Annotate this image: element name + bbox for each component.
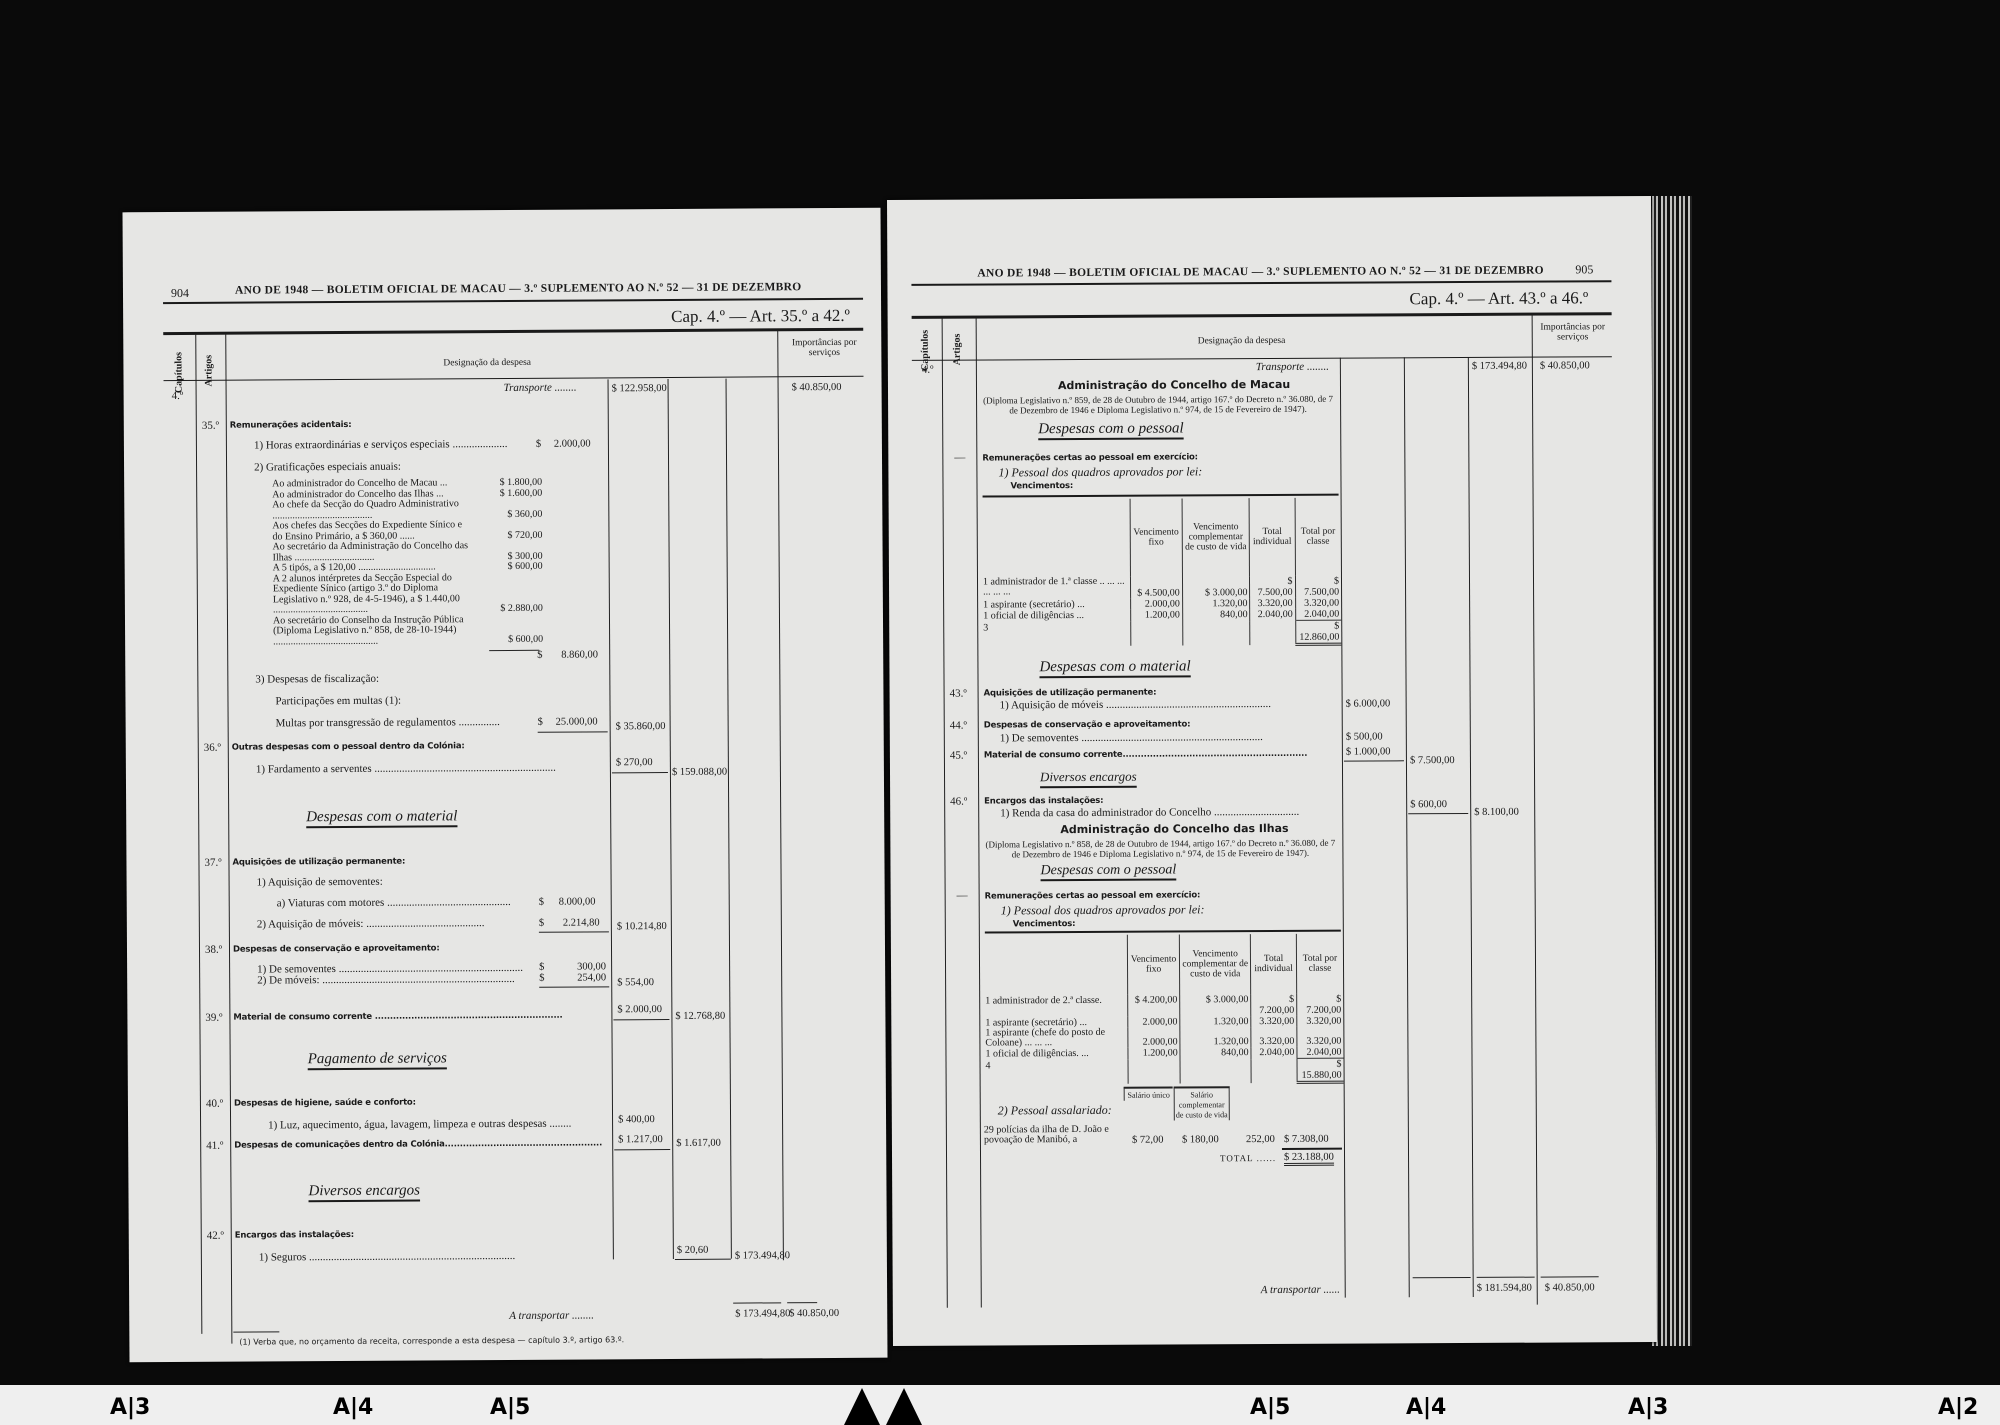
- frame-marker: A|5: [490, 1395, 530, 1420]
- header-artigos: Artigos: [203, 355, 214, 387]
- art-40-value: $ 400,00: [618, 1114, 655, 1125]
- art-41-value: $ 1.217,00: [618, 1134, 663, 1145]
- page-edge: [1652, 196, 1692, 1346]
- macau-material-heading: Despesas com o material: [1039, 658, 1190, 676]
- art-35-item3-title: 3) Despesas de fiscalização:: [255, 673, 379, 686]
- art-35-number: 35.º: [202, 420, 219, 432]
- header-importancias: Importâncias por serviços: [783, 338, 865, 359]
- ilhas-subtitle: (Diploma Legislativo n.º 858, de 28 de O…: [982, 838, 1338, 860]
- running-head: ANO DE 1948 — BOLETIM OFICIAL DE MACAU —…: [977, 265, 1544, 280]
- frame-marker: A|4: [333, 1395, 373, 1420]
- macau-total-all: $ 8.100,00: [1474, 807, 1519, 818]
- frame-marker: A|5: [1250, 1395, 1290, 1420]
- frame-marker: A|3: [1628, 1395, 1668, 1420]
- transport-importancias: $ 40.850,00: [1540, 360, 1590, 371]
- assalariado-heading: 2) Pessoal assalariado:: [998, 1103, 1112, 1119]
- art-35-total: $ 35.860,00: [616, 721, 666, 732]
- multas-value: 25.000,00: [556, 716, 598, 727]
- page-number: 905: [1575, 262, 1593, 277]
- art-44-value: $ 500,00: [1346, 731, 1383, 742]
- macau-rem-title: Remunerações certas ao pessoal em exercí…: [982, 452, 1198, 463]
- gratificacoes-list: Ao administrador do Concelho de Macau ..…: [272, 478, 543, 647]
- macau-subtitle: (Diploma Legislativo n.º 859, de 28 de O…: [980, 394, 1336, 416]
- chapter-range: Cap. 4.º — Art. 35.º a 42.º: [671, 306, 850, 327]
- ilhas-salary-table: Vencimento fixo Vencimento complementar …: [983, 934, 1344, 1086]
- frame-marker: A|2: [1938, 1395, 1978, 1420]
- art-37-title: Aquisições de utilização permanente:: [232, 857, 405, 868]
- art-39-value: $ 2.000,00: [617, 1004, 662, 1015]
- transport-value: $ 122.958,00: [612, 383, 667, 394]
- header-importancias: Importâncias por serviços: [1536, 322, 1610, 342]
- policias-total: $ 7.308,00: [1284, 1134, 1329, 1145]
- art-38-title: Despesas de conservação e aproveitamento…: [233, 943, 440, 954]
- carry-value: $ 173.494,80: [735, 1308, 790, 1319]
- carry-importancias: $ 40.850,00: [789, 1308, 839, 1319]
- frame-marker: A|4: [1406, 1395, 1446, 1420]
- ilhas-pessoal-heading: Despesas com o pessoal: [1040, 863, 1176, 880]
- art-39-title: Material de consumo corrente ...........…: [233, 1011, 562, 1023]
- transport-value: $ 173.494,80: [1472, 361, 1527, 372]
- art-41-title: Despesas de comunicações dentro da Colón…: [234, 1138, 602, 1150]
- moveis-value: 2.214,80: [563, 917, 600, 928]
- art-35-title: Remunerações acidentais:: [230, 420, 352, 431]
- macau-salary-table: Vencimento fixo Vencimento complementar …: [981, 498, 1342, 648]
- header-designacao: Designação da despesa: [443, 358, 531, 369]
- page-number: 904: [171, 286, 189, 301]
- servicos-section-total: $ 1.617,00: [676, 1138, 721, 1149]
- macau-encargos-heading: Diversos encargos: [1040, 769, 1137, 786]
- section-material-heading: Despesas com o material: [306, 808, 457, 826]
- art-45-value: $ 1.000,00: [1346, 746, 1391, 757]
- chapter-range: Cap. 4.º — Art. 43.º a 46.º: [1409, 288, 1588, 309]
- carry-label: A transportar ........: [509, 1309, 594, 1322]
- transport-importancias: $ 40.850,00: [792, 382, 842, 393]
- carry-importancias: $ 40.850,00: [1545, 1282, 1595, 1293]
- art-38-total: $ 554,00: [617, 977, 654, 988]
- art-35-item1: 1) Horas extraordinárias e serviços espe…: [254, 438, 508, 452]
- pessoal-section-total: $ 159.088,00: [672, 767, 727, 778]
- transport-label: Transporte ........: [504, 382, 577, 394]
- center-triangle-right-icon: [886, 1388, 922, 1425]
- art-42-title: Encargos das instalações:: [235, 1230, 354, 1241]
- carry-label: A transportar ......: [1261, 1284, 1340, 1296]
- center-triangle-left-icon: [844, 1388, 880, 1425]
- header-capitulos: Capítulos: [173, 352, 184, 393]
- chapter-number: 4.º: [172, 390, 184, 402]
- section-encargos-heading: Diversos encargos: [308, 1183, 420, 1201]
- macau-title: Administração do Concelho de Macau: [1058, 378, 1290, 392]
- macau-total: $ 12.860,00: [1295, 620, 1341, 644]
- frame-marker: A|3: [110, 1395, 150, 1420]
- art-37-total: $ 10.214,80: [617, 921, 667, 932]
- macau-material-subtotal: $ 7.500,00: [1410, 755, 1455, 766]
- art-46-value: $ 600,00: [1410, 799, 1447, 810]
- header-designacao: Designação da despesa: [1198, 336, 1286, 346]
- art-40-title: Despesas de higiene, saúde e conforto:: [234, 1098, 416, 1109]
- footnote: (1) Verba que, no orçamento da receita, …: [239, 1335, 624, 1346]
- art-35-item1-value: 2.000,00: [554, 438, 591, 449]
- chapter-number: 4.º: [922, 364, 934, 376]
- multas-label: Multas por transgressão de regulamentos …: [276, 716, 500, 729]
- running-head: ANO DE 1948 — BOLETIM OFICIAL DE MACAU —…: [235, 281, 802, 296]
- transport-label: Transporte ........: [1256, 361, 1329, 373]
- encargos-section-total: $ 173.494,80: [735, 1250, 790, 1261]
- fardamento-value: $ 270,00: [616, 757, 653, 768]
- right-page: ANO DE 1948 — BOLETIM OFICIAL DE MACAU —…: [887, 196, 1657, 1346]
- left-page: 904 ANO DE 1948 — BOLETIM OFICIAL DE MAC…: [122, 208, 887, 1363]
- section-servicos-heading: Pagamento de serviços: [308, 1050, 447, 1068]
- macau-pessoal-heading: Despesas com o pessoal: [1038, 420, 1183, 438]
- seguros-value: $ 20,60: [677, 1245, 709, 1256]
- art-36-title: Outras despesas com o pessoal dentro da …: [232, 741, 465, 752]
- viaturas-value: 8.000,00: [559, 896, 596, 907]
- ilhas-quadros-total: $ 15.880,00: [1297, 1058, 1344, 1082]
- ilhas-grand-total: $ 23.188,00: [1284, 1152, 1334, 1166]
- art-35-item2-total: 8.860,00: [561, 649, 598, 660]
- film-strip: [0, 1385, 2000, 1425]
- art-35-item2-title: 2) Gratificações especiais anuais:: [254, 461, 401, 474]
- material-section-total: $ 12.768,80: [675, 1011, 725, 1022]
- ilhas-rem-title: Remunerações certas ao pessoal em exercí…: [985, 890, 1201, 901]
- ilhas-title: Administração do Concelho das Ilhas: [1060, 822, 1288, 836]
- art-43-value: $ 6.000,00: [1346, 698, 1391, 709]
- carry-value: $ 181.594,80: [1477, 1283, 1532, 1294]
